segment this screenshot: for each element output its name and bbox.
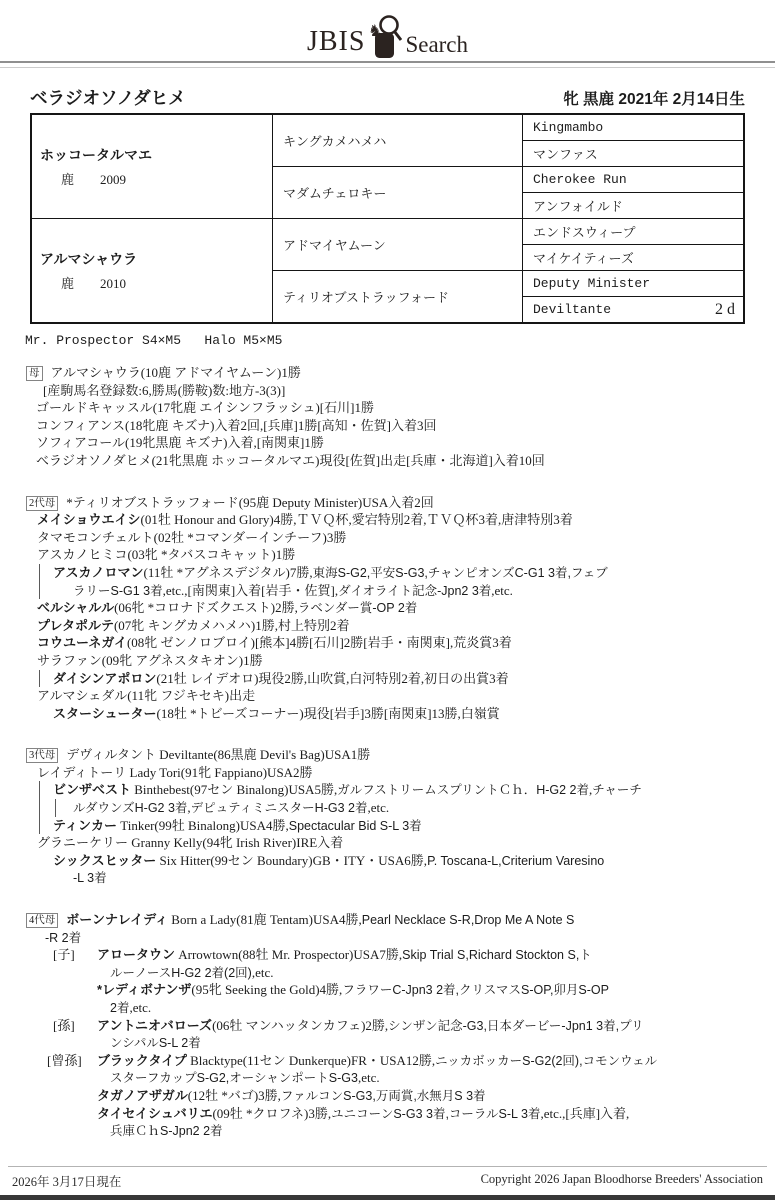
text-segment: ラリーS-G1 3着: [73, 584, 163, 598]
pedigree-line: スターフカップS-G2,オーシャンポートS-G3,etc.: [26, 1069, 771, 1087]
text-segment: プレタポルテ: [37, 618, 114, 633]
pedigree-line: アスカノヒミコ(03牝 *タバスコキャット)1勝: [26, 546, 771, 564]
ancestor-name: Deviltante: [533, 302, 611, 317]
footer-date: 2026年 3月17日現在: [12, 1172, 121, 1190]
pedigree-line: 兵庫ＣｈS-Jpn2 2着: [26, 1122, 771, 1140]
section-label-box: 4代母: [26, 913, 58, 928]
section-head-line: 4代母ボーンナレイディ Born a Lady(81鹿 Tentam)USA4勝…: [26, 911, 771, 929]
tree-connector-bar: [55, 799, 56, 817]
pedigree-line: -L 3着: [26, 869, 771, 887]
pedigree-line: [子]アロータウン Arrowtown(88牡 Mr. Prospector)U…: [26, 946, 771, 964]
pedigree-line: タイセイシュバリエ(09牡 *クロフネ)3勝,ユニコーンS-G3 3着,コーラル…: [26, 1105, 771, 1123]
logo-text-jbis: JBIS: [307, 28, 365, 56]
jbis-logo-icon: ♞: [368, 14, 402, 60]
text-segment: ,etc.: [358, 1070, 380, 1085]
text-segment: (09牡 *クロフネ)3勝,: [212, 1106, 331, 1121]
text-segment: ユニコーンS-G3 3着,コーラルS-L 3着: [331, 1107, 540, 1121]
pedigree-line: メイショウエイシ(01牡 Honour and Glory)4勝,ＴＶＱ杯,愛宕…: [26, 511, 771, 529]
text-segment: シンザン記念-G3,日本ダービー-Jpn1 3着,プリ: [388, 1019, 643, 1033]
text-segment: ダイオライト記念-Jpn2 3着: [338, 584, 491, 598]
text-segment: Skip Trial S,Richard Stockton S,ト: [402, 948, 592, 962]
pedigree-line: ンシパルS-L 2着: [26, 1034, 771, 1052]
ancestor-cell: エンドスウィープ: [523, 219, 745, 245]
horse-sex-color-birth: 牝 黒鹿 2021年 2月14日生: [563, 87, 745, 109]
pedigree-line: ティンカー Tinker(99牡 Binalong)USA4勝,Spectacu…: [26, 817, 771, 835]
text-segment: (12牡 *バゴ)3勝,: [188, 1088, 281, 1103]
inbreeding-note: Mr. Prospector S4×M5 Halo M5×M5: [25, 333, 775, 348]
text-segment: コンフィアンス(18牝鹿 キズナ)入着2回,[兵庫]1勝[高知・佐賀]入着3回: [36, 418, 437, 433]
section-head-line: 2代母*ティリオブストラッフォード(95鹿 Deputy Minister)US…: [26, 494, 771, 512]
pedigree-line: タガノアザガル(12牡 *バゴ)3勝,ファルコンS-G3,万両賞,水無月S 3着: [26, 1087, 771, 1105]
text-segment: メイショウエイシ: [37, 512, 140, 527]
text-segment: コウユーネガイ: [37, 635, 127, 650]
dam-sire-cell: アドマイヤムーン: [273, 219, 523, 271]
pedigree-line: 2着,etc.: [26, 999, 771, 1017]
text-segment: *レディボナンザ: [97, 982, 191, 997]
text-segment: ラベンダー賞-OP 2着: [298, 601, 417, 615]
pedigree-line: ビンザベスト Binthebest(97セン Binalong)USA5勝,ガル…: [26, 781, 771, 799]
text-segment: 東海S-G2,平安S-G3,チャンピオンズC-G1 3着,フェブ: [313, 566, 608, 580]
ancestor-cell: マンファス: [523, 141, 745, 167]
text-segment: ベルシャルル: [37, 600, 114, 615]
relation-label: [曾孫]: [47, 1052, 97, 1070]
section-label-box: 3代母: [26, 748, 58, 763]
text-segment: ビンザベスト: [53, 782, 131, 797]
sire-name: ホッコータルマエ: [40, 145, 271, 165]
text-segment: Six Hitter(99セン Boundary)GB・ITY・USA6勝,: [156, 853, 427, 868]
text-segment: シックスヒッター: [53, 853, 156, 868]
text-segment: ファルコンS-G3,万両賞,水無月S 3着: [281, 1089, 486, 1103]
ancestor-cell: マイケイティーズ: [523, 245, 745, 271]
tree-connector-bar: [39, 799, 40, 817]
text-segment: Tinker(99牡 Binalong)USA4勝,: [117, 818, 289, 833]
pedigree-section-3代母: 3代母デヴィルタント Deviltante(86黒鹿 Devil's Bag)U…: [26, 746, 771, 887]
dam-dam-cell: ティリオブストラッフォード: [273, 271, 523, 324]
pedigree-line: コウユーネガイ(08牝 ゼンノロブロイ)[熊本]4勝[石川]2勝[岩手・南関東]…: [26, 634, 771, 652]
tree-connector-bar: [39, 582, 40, 600]
text-segment: ,etc.: [252, 965, 274, 980]
text-segment: チャーチ: [592, 783, 642, 797]
sire-dam-cell: マダムチェロキー: [273, 167, 523, 219]
relation-label: [子]: [53, 946, 97, 964]
tree-connector-bar: [39, 781, 40, 799]
pedigree-line: ベラジオソノダヒメ(21牝黒鹿 ホッコータルマエ)現役[佐賀]出走[兵庫・北海道…: [26, 452, 771, 470]
text-segment: フラワーC-Jpn3 2着,クリスマスS-OP,卯月S-OP: [342, 983, 609, 997]
tree-connector-bar: [39, 817, 40, 835]
pedigree-line: ルーノースH-G2 2着(2回),etc.: [26, 964, 771, 982]
text-segment: ボーンナレイディ: [66, 912, 168, 927]
sire-detail: 鹿 2009: [40, 169, 271, 188]
dam-detail: 鹿 2010: [40, 273, 271, 292]
text-segment: ブラックタイプ: [97, 1053, 187, 1068]
text-segment: アントニオバローズ: [97, 1018, 212, 1033]
table-row: アルマシャウラ 鹿 2010 アドマイヤムーン エンドスウィープ: [31, 219, 744, 245]
pedigree-line: -R 2着: [26, 929, 771, 947]
text-segment: レイディトーリ Lady Tori(91牝 Fappiano)USA2勝: [37, 765, 313, 780]
pedigree-line: プレタポルテ(07牝 キングカメハメハ)1勝,村上特別2着: [26, 617, 771, 635]
pedigree-table: ホッコータルマエ 鹿 2009 キングカメハメハ Kingmambo マンファス…: [30, 113, 745, 324]
text-segment: [産駒馬名登録数:6,勝馬(勝鞍)数:地方-3(3)]: [43, 383, 285, 398]
text-segment: サラファン(09牝 アグネスタキオン)1勝: [37, 653, 263, 668]
table-row: ホッコータルマエ 鹿 2009 キングカメハメハ Kingmambo: [31, 114, 744, 141]
text-segment: (18牡 *トビーズコーナー)現役[岩手]3勝[南関東]13勝,白嶺賞: [156, 706, 499, 721]
jbis-logo: JBIS ♞ Search: [0, 0, 775, 56]
text-segment: Arrowtown(88牡 Mr. Prospector)USA7勝,: [175, 947, 402, 962]
pedigree-section-2代母: 2代母*ティリオブストラッフォード(95鹿 Deputy Minister)US…: [26, 494, 771, 723]
text-segment: ゴールドキャッスル(17牝鹿 エイシンフラッシュ)[石川]1勝: [36, 400, 374, 415]
footer-divider: [8, 1166, 767, 1167]
header-divider: [0, 61, 775, 68]
text-segment: ティンカー: [53, 818, 117, 833]
text-segment: ルーノースH-G2 2着(2回): [110, 966, 252, 980]
pedigree-line: アスカノロマン(11牡 *アグネスデジタル)7勝,東海S-G2,平安S-G3,チ…: [26, 564, 771, 582]
pedigree-line: タマモコンチェルト(02牡 *コマンダーインチーフ)3勝: [26, 529, 771, 547]
ancestor-cell: Kingmambo: [523, 114, 745, 141]
text-segment: スターフカップS-G2,オーシャンポートS-G3: [110, 1071, 358, 1085]
pedigree-line: [孫]アントニオバローズ(06牡 マンハッタンカフェ)2勝,シンザン記念-G3,…: [26, 1017, 771, 1035]
title-row: ベラジオソノダヒメ 牝 黒鹿 2021年 2月14日生: [30, 85, 745, 110]
text-segment: アルマシャウラ(10鹿 アドマイヤムーン)1勝: [51, 365, 301, 380]
footer-bottom-bar: [0, 1195, 775, 1200]
tree-connector-bar: [39, 564, 40, 582]
text-segment: Born a Lady(81鹿 Tentam)USA4勝,: [168, 912, 362, 927]
text-segment: ,etc.: [491, 583, 513, 598]
text-segment: Binthebest(97セン Binalong)USA5勝,: [131, 782, 337, 797]
dam-name: アルマシャウラ: [40, 249, 271, 269]
pedigree-line: ソフィアコール(19牝黒鹿 キズナ)入着,[南関東]1勝: [26, 434, 771, 452]
text-segment: スターシューター: [53, 706, 156, 721]
pedigree-line: シックスヒッター Six Hitter(99セン Boundary)GB・ITY…: [26, 852, 771, 870]
section-head-line: 母アルマシャウラ(10鹿 アドマイヤムーン)1勝: [26, 364, 771, 382]
section-label-box: 母: [26, 366, 43, 381]
text-segment: ベラジオソノダヒメ(21牝黒鹿 ホッコータルマエ)現役[佐賀]出走[兵庫・北海道…: [36, 453, 545, 468]
text-segment: -L 3着: [73, 871, 107, 885]
text-segment: Pearl Necklace S-R,Drop Me A Note S: [362, 913, 575, 927]
text-segment: (06牝 *コロナドズクエスト)2勝,: [114, 600, 298, 615]
pedigree-line: スターシューター(18牡 *トビーズコーナー)現役[岩手]3勝[南関東]13勝,…: [26, 705, 771, 723]
horse-glyph: ♞: [368, 23, 382, 40]
pedigree-line: グラニーケリー Granny Kelly(94牝 Irish River)IRE…: [26, 834, 771, 852]
text-segment: ダイシンアポロン: [53, 671, 156, 686]
sire-sire-cell: キングカメハメハ: [273, 114, 523, 167]
pedigree-line: *レディボナンザ(95牝 Seeking the Gold)4勝,フラワーC-J…: [26, 981, 771, 999]
text-segment: アロータウン: [97, 947, 175, 962]
footer-copyright: Copyright 2026 Japan Bloodhorse Breeders…: [481, 1172, 763, 1190]
text-segment: アスカノロマン: [53, 565, 143, 580]
text-segment: ,etc.,[兵庫]入着,: [540, 1106, 629, 1121]
relation-label: [孫]: [53, 1017, 97, 1035]
text-segment: Spectacular Bid S-L 3着: [289, 819, 422, 833]
text-segment: ,etc.,[南関東]入着[岩手・佐賀],: [163, 583, 338, 598]
text-segment: アルマシェダル(11牝 フジキセキ)出走: [37, 688, 255, 703]
text-segment: ソフィアコール(19牝黒鹿 キズナ)入着,[南関東]1勝: [36, 435, 324, 450]
text-segment: Blacktype(11セン Dunkerque)FR・USA12勝,: [187, 1053, 435, 1068]
text-segment: -R 2着: [45, 931, 81, 945]
text-segment: (07牝 キングカメハメハ)1勝,村上特別2着: [114, 618, 350, 633]
text-segment: P. Toscana-L,Criterium Varesino: [427, 854, 604, 868]
logo-text-search: Search: [405, 33, 468, 56]
text-segment: ,etc.: [129, 1000, 151, 1015]
text-segment: (95牝 Seeking the Gold)4勝,: [191, 982, 342, 997]
section-head-line: 3代母デヴィルタント Deviltante(86黒鹿 Devil's Bag)U…: [26, 746, 771, 764]
ancestor-extra: 2 d: [715, 301, 735, 319]
ancestor-cell: Deviltante 2 d: [523, 297, 745, 324]
sire-cell: ホッコータルマエ 鹿 2009: [31, 114, 273, 219]
text-segment: 2着: [110, 1001, 129, 1015]
text-segment: デヴィルタント Deviltante(86黒鹿 Devil's Bag)USA1…: [66, 747, 370, 762]
ancestor-cell: アンフォイルド: [523, 193, 745, 219]
text-segment: ルダウンズH-G2 3着: [73, 801, 187, 815]
pedigree-line: ゴールドキャッスル(17牝鹿 エイシンフラッシュ)[石川]1勝: [26, 399, 771, 417]
pedigree-line: ベルシャルル(06牝 *コロナドズクエスト)2勝,ラベンダー賞-OP 2着: [26, 599, 771, 617]
text-segment: タガノアザガル: [97, 1088, 188, 1103]
footer: 2026年 3月17日現在 Copyright 2026 Japan Blood…: [0, 1166, 775, 1200]
text-segment: 兵庫ＣｈS-Jpn2 2着: [110, 1124, 223, 1138]
pedigree-section-4代母: 4代母ボーンナレイディ Born a Lady(81鹿 Tentam)USA4勝…: [26, 911, 771, 1140]
text-segment: グラニーケリー Granny Kelly(94牝 Irish River)IRE…: [37, 835, 343, 850]
section-label-box: 2代母: [26, 496, 58, 511]
pedigree-line: ラリーS-G1 3着,etc.,[南関東]入着[岩手・佐賀],ダイオライト記念-…: [26, 582, 771, 600]
text-segment: タイセイシュバリエ: [97, 1106, 212, 1121]
pedigree-line: ダイシンアポロン(21牡 レイデオロ)現役2勝,山吹賞,白河特別2着,初日の出賞…: [26, 670, 771, 688]
text-segment: (11牡 *アグネスデジタル)7勝,: [143, 565, 312, 580]
text-segment: (06牡 マンハッタンカフェ)2勝,: [212, 1018, 388, 1033]
mare-line-sections: 母アルマシャウラ(10鹿 アドマイヤムーン)1勝[産駒馬名登録数:6,勝馬(勝鞍…: [26, 364, 771, 1140]
text-segment: タマモコンチェルト(02牡 *コマンダーインチーフ)3勝: [37, 530, 346, 545]
pedigree-line: コンフィアンス(18牝鹿 キズナ)入着2回,[兵庫]1勝[高知・佐賀]入着3回: [26, 417, 771, 435]
pedigree-line: [産駒馬名登録数:6,勝馬(勝鞍)数:地方-3(3)]: [26, 382, 771, 400]
text-segment: デピュティミニスターH-G3 2着: [191, 801, 368, 815]
pedigree-line: ルダウンズH-G2 3着,デピュティミニスターH-G3 2着,etc.: [26, 799, 771, 817]
ancestor-cell: Deputy Minister: [523, 271, 745, 297]
text-segment: アスカノヒミコ(03牝 *タバスコキャット)1勝: [37, 547, 295, 562]
text-segment: *ティリオブストラッフォード(95鹿 Deputy Minister)USA入着…: [66, 495, 434, 510]
pedigree-line: サラファン(09牝 アグネスタキオン)1勝: [26, 652, 771, 670]
ancestor-cell: Cherokee Run: [523, 167, 745, 193]
text-segment: (08牝 ゼンノロブロイ)[熊本]4勝[石川]2勝[岩手・南関東],荒炎賞3着: [127, 635, 512, 650]
page: { "logo": { "jbis": "JBIS", "search": "S…: [0, 0, 775, 1200]
text-segment: (21牡 レイデオロ)現役2勝,山吹賞,白河特別2着,初日の出賞3着: [156, 671, 508, 686]
text-segment: ,etc.: [367, 800, 389, 815]
pedigree-line: アルマシェダル(11牝 フジキセキ)出走: [26, 687, 771, 705]
text-segment: ガルフストリームスプリントＣｈ．H-G2 2着: [337, 783, 589, 797]
page-title: ベラジオソノダヒメ: [30, 85, 186, 110]
tree-connector-bar: [39, 670, 40, 688]
pedigree-line: レイディトーリ Lady Tori(91牝 Fappiano)USA2勝: [26, 764, 771, 782]
pedigree-section-母: 母アルマシャウラ(10鹿 アドマイヤムーン)1勝[産駒馬名登録数:6,勝馬(勝鞍…: [26, 364, 771, 470]
pedigree-line: [曾孫]ブラックタイプ Blacktype(11セン Dunkerque)FR・…: [26, 1052, 771, 1070]
text-segment: ニッカボッカーS-G2(2回),コモンウェル: [435, 1054, 657, 1068]
dam-cell: アルマシャウラ 鹿 2010: [31, 219, 273, 324]
text-segment: (01牡 Honour and Glory)4勝,ＴＶＱ杯,愛宕特別2着,ＴＶＱ…: [140, 512, 572, 527]
text-segment: ンシパルS-L 2着: [110, 1036, 201, 1050]
